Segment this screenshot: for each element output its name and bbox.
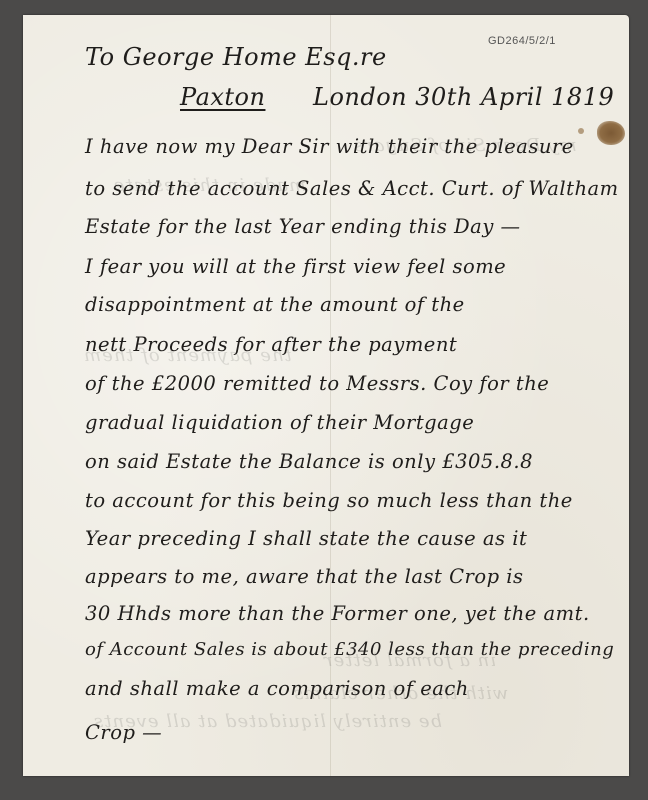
letter-line: and shall make a comparison of each	[85, 677, 469, 700]
addressee-place: Paxton	[180, 83, 265, 111]
letter-line: nett Proceeds for after the payment	[85, 333, 457, 356]
letter-line: Year preceding I shall state the cause a…	[85, 527, 527, 550]
letter-line: Estate for the last Year ending this Day…	[85, 215, 521, 238]
letter-line: Crop —	[85, 721, 162, 744]
letter-line: to send the account Sales & Acct. Curt. …	[85, 177, 619, 200]
archive-reference-number: GD264/5/2/1	[488, 35, 556, 47]
dateline: London 30th April 1819	[313, 83, 614, 111]
letter-line: appears to me, aware that the last Crop …	[85, 565, 524, 588]
letter-line: 30 Hhds more than the Former one, yet th…	[85, 602, 590, 625]
letter-line: disappointment at the amount of the	[85, 293, 465, 316]
addressee: To George Home Esq.re	[85, 43, 387, 71]
ink-stain-dot	[578, 128, 584, 134]
letter-line: on said Estate the Balance is only £305.…	[85, 450, 533, 473]
letter-line: I fear you will at the first view feel s…	[85, 255, 506, 278]
letter-line: to account for this being so much less t…	[85, 489, 573, 512]
letter-line: of the £2000 remitted to Messrs. Coy for…	[85, 372, 549, 395]
letter-line: gradual liquidation of their Mortgage	[85, 411, 474, 434]
ink-stain	[597, 121, 625, 145]
letter-line: of Account Sales is about £340 less than…	[85, 639, 614, 660]
letter-page: my Dear Sir of Sugars made in this estat…	[23, 15, 629, 776]
viewer-stage: my Dear Sir of Sugars made in this estat…	[0, 0, 648, 800]
letter-line: I have now my Dear Sir with their the pl…	[85, 135, 574, 158]
